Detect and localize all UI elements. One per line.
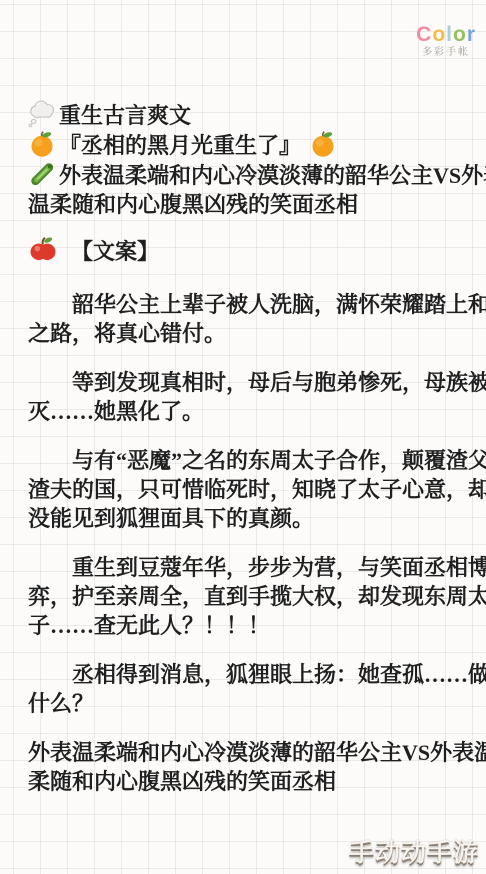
paragraph-line: 等到发现真相时，母后与胞弟惨死，母族被 <box>28 368 468 397</box>
paragraph-line: 重生到豆蔻年华，步步为营，与笑面丞相博 <box>28 553 468 582</box>
logo-letter: o <box>432 23 446 46</box>
paragraph: 重生到豆蔻年华，步步为营，与笑面丞相博 弈，护至亲周全，直到手揽大权，却发现东周… <box>28 553 468 640</box>
tag-text: 重生古言爽文 <box>59 103 191 128</box>
paragraph-line: 没能见到狐狸面具下的真颜。 <box>28 504 468 533</box>
logo-letter: o <box>453 23 467 46</box>
story-text: 重生古言爽文 『丞相的黑月光重生了』 <box>28 100 468 796</box>
synopsis-heading-text: 【文案】 <box>71 239 159 264</box>
paragraph-line: 柔随和内心腹黑凶残的笑面丞相 <box>28 767 468 796</box>
paragraph-line: 与有“恶魔”之名的东周太子合作，颠覆渣父 <box>28 446 468 475</box>
paragraph: 韶华公主上辈子被人洗脑，满怀荣耀踏上和亲 之路，将真心错付。 <box>28 290 468 348</box>
tag-line: 重生古言爽文 <box>28 100 468 130</box>
pairing-text-2: 温柔随和内心腹黑凶残的笑面丞相 <box>28 192 358 217</box>
paragraph-line: 韶华公主上辈子被人洗脑，满怀荣耀踏上和亲 <box>28 290 468 319</box>
apple-icon <box>28 234 58 264</box>
book-title-text: 『丞相的黑月光重生了』 <box>59 133 301 158</box>
cucumber-icon <box>28 160 56 188</box>
title-block: 重生古言爽文 『丞相的黑月光重生了』 <box>28 100 468 219</box>
paragraph-line: 什么？ <box>28 689 468 718</box>
color-app-logo: Color 多彩手帐 <box>416 24 476 58</box>
watermark-text: 手动动手游 <box>349 833 479 869</box>
tangerine-icon <box>28 130 56 158</box>
paragraph-line: 外表温柔端和内心冷漠淡薄的韶华公主VS外表温 <box>28 738 468 767</box>
paragraph-line: 灭……她黑化了。 <box>28 397 468 426</box>
paragraph-line: 渣夫的国，只可惜临死时，知晓了太子心意，却 <box>28 475 468 504</box>
logo-letter: r <box>467 23 476 46</box>
paragraph: 与有“恶魔”之名的东周太子合作，颠覆渣父 渣夫的国，只可惜临死时，知晓了太子心意… <box>28 446 468 533</box>
paragraph-line: 子……查无此人？！！！ <box>28 611 468 640</box>
logo-letter: C <box>416 23 432 46</box>
book-title-line: 『丞相的黑月光重生了』 <box>28 130 468 160</box>
pairing-text-1: 外表温柔端和内心冷漠淡薄的韶华公主VS外表 <box>59 163 486 188</box>
paragraph: 外表温柔端和内心冷漠淡薄的韶华公主VS外表温 柔随和内心腹黑凶残的笑面丞相 <box>28 738 468 796</box>
handbook-page: Color 多彩手帐 重生古言爽文 <box>0 0 486 874</box>
paragraph-line: 丞相得到消息，狐狸眼上扬：她查孤……做 <box>28 660 468 689</box>
logo-brand-text: Color <box>416 24 476 45</box>
pairing-line-2: 温柔随和内心腹黑凶残的笑面丞相 <box>28 190 468 219</box>
logo-subtitle: 多彩手帐 <box>416 48 476 58</box>
tangerine-icon <box>309 130 337 158</box>
paragraph: 丞相得到消息，狐狸眼上扬：她查孤……做 什么？ <box>28 660 468 718</box>
synopsis-heading-block: 【文案】 <box>28 234 468 266</box>
paragraph-line: 弈，护至亲周全，直到手揽大权，却发现东周太 <box>28 582 468 611</box>
synopsis-heading-line: 【文案】 <box>28 234 468 266</box>
paragraph: 等到发现真相时，母后与胞弟惨死，母族被 灭……她黑化了。 <box>28 368 468 426</box>
paragraph-line: 之路，将真心错付。 <box>28 319 468 348</box>
pairing-line-1: 外表温柔端和内心冷漠淡薄的韶华公主VS外表 <box>28 160 468 190</box>
thought-balloon-icon <box>28 100 56 128</box>
logo-letter: l <box>446 23 453 46</box>
